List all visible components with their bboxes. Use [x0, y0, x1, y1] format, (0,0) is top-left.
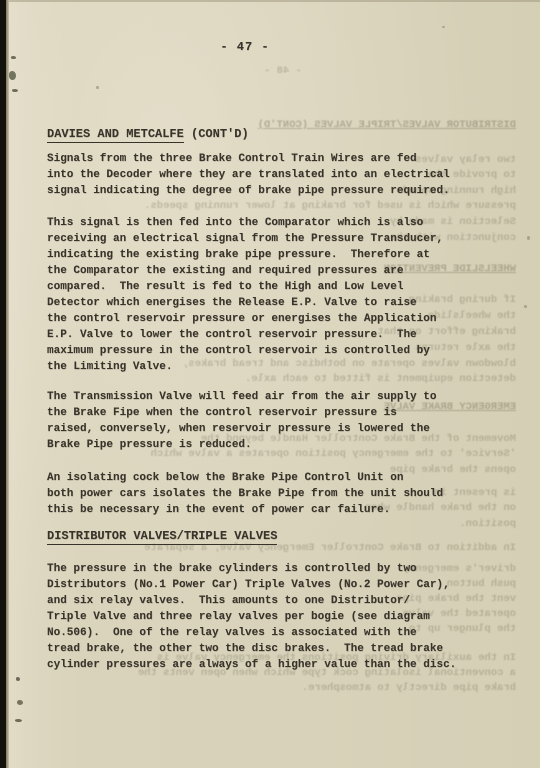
paragraph-brake-control-wires: Signals from the three Brake Control Tra…: [47, 151, 450, 199]
heading-underlined-text: DISTRIBUTOR VALVES/TRIPLE VALVES: [47, 529, 277, 545]
paper-speck: [442, 26, 445, 28]
section-heading-davies-metcalfe: DAVIES AND METCALFE (CONT'D): [47, 127, 249, 141]
paper-speck: [17, 700, 23, 705]
paper-speck: [9, 71, 16, 80]
paragraph-comparator: This signal is then fed into the Compara…: [47, 215, 443, 375]
paper-speck: [15, 719, 22, 722]
bleedthrough-text: pressure which is used for braking at lo…: [46, 199, 516, 214]
bleedthrough-text: - 48 -: [238, 64, 328, 79]
paper-speck: [527, 236, 530, 240]
heading-underlined-text: DAVIES AND METCALFE: [47, 127, 184, 143]
section-heading-distributor-valves: DISTRIBUTOR VALVES/TRIPLE VALVES: [47, 529, 277, 543]
scan-top-edge: [0, 0, 540, 2]
paper-speck: [12, 89, 18, 92]
paragraph-isolating-cock: An isolating cock below the Brake Pipe C…: [47, 470, 443, 518]
paper-speck: [96, 86, 99, 89]
paragraph-transmission-valve: The Transmission Valve will feed air fro…: [47, 389, 436, 453]
paper-speck: [524, 305, 527, 308]
page-number: - 47 -: [215, 40, 275, 54]
heading-suffix: (CONT'D): [184, 127, 249, 141]
scanned-manual-page: - 48 -DISTRIBUTOR VALVES/TRIPLE VALVES (…: [0, 0, 540, 768]
bleedthrough-text: brake pipe directly to atmosphere.: [46, 681, 516, 696]
scan-left-edge-fade: [6, 0, 9, 768]
paper-speck: [11, 56, 16, 59]
paper-speck: [16, 677, 20, 681]
paragraph-brake-cylinders: The pressure in the brake cylinders is c…: [47, 561, 456, 673]
